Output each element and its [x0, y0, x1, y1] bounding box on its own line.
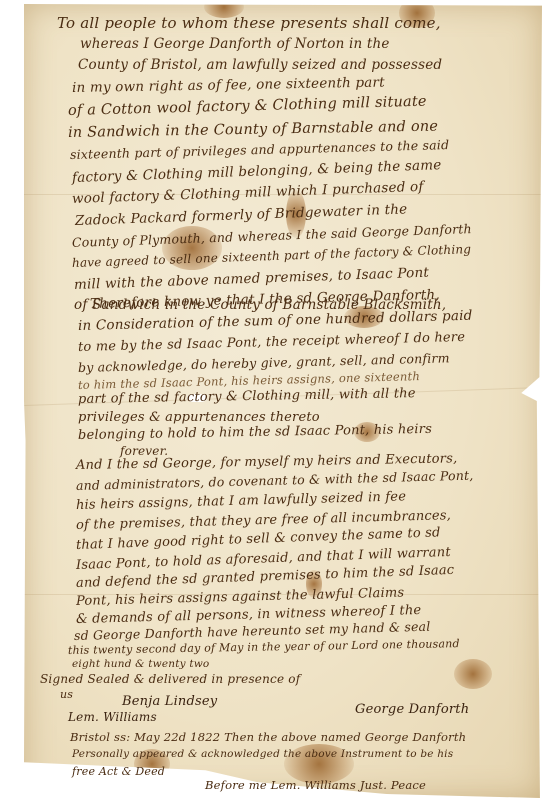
ink-stain	[454, 659, 492, 689]
text-line: To all people to whom these presents sha…	[57, 14, 441, 32]
text-line: County of Bristol, am lawfully seized an…	[78, 57, 442, 73]
acknowledgment-line: Before me Lem. Williams Just. Peace	[205, 778, 426, 792]
witness-signature: Lem. Williams	[68, 710, 157, 724]
text-line: eight hund & twenty two	[72, 658, 209, 670]
text-line: Signed Sealed & delivered in presence of	[40, 672, 300, 686]
witness-signature: Benja Lindsey	[122, 694, 217, 709]
text-line: privileges & appurtenances thereto	[78, 410, 320, 425]
acknowledgment-line: Bristol ss: May 22d 1822 Then the above …	[70, 730, 466, 744]
text-line: us	[60, 688, 73, 701]
acknowledgment-line: Personally appeared & acknowledged the a…	[72, 748, 453, 760]
text-line: whereas I George Danforth of Norton in t…	[80, 36, 390, 52]
grantor-signature: George Danforth	[355, 702, 469, 717]
acknowledgment-line: free Act & Deed	[72, 765, 165, 778]
